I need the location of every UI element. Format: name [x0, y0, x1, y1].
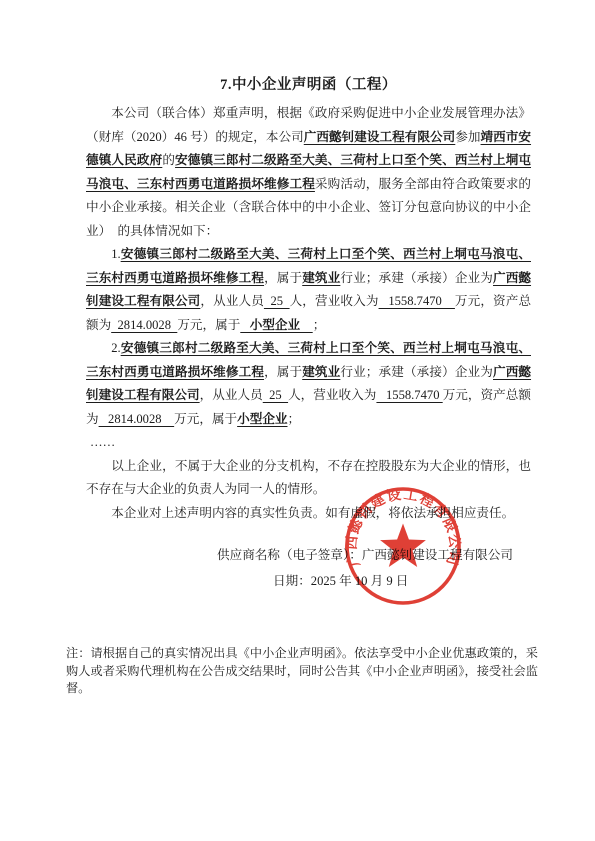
document-title: 7.中小企业声明函（工程）	[86, 77, 531, 93]
item-2-industry-field: 建筑业	[302, 365, 340, 379]
item-1-text-2: ，从业人员	[200, 294, 264, 308]
item-2-enterprise-type-field: 小型企业	[237, 412, 287, 426]
item-1-text-0: ，属于	[264, 271, 302, 285]
ellipsis-line: ……	[86, 431, 531, 455]
item-1-revenue-field: 1558.7470	[379, 294, 455, 308]
item-2-text-1: 行业；承建（承接）企业为	[340, 365, 493, 379]
declaration-document-page: 7.中小企业声明函（工程） 本公司（联合体）郑重声明，根据《政府采购促进中小企业…	[0, 0, 595, 841]
item-1-text-6: ；	[313, 318, 326, 332]
item-2-text-0: ，属于	[264, 365, 302, 379]
item-1-text-1: 行业；承建（承接）企业为	[340, 271, 493, 285]
company-name: 广西懿钊建设工程有限公司	[304, 130, 456, 144]
supplier-signature-label: 供应商名称（电子签章）：	[217, 548, 362, 562]
item-1-number: 1.	[111, 247, 120, 261]
intro-text-2: 的	[162, 153, 175, 167]
item-2-revenue-field: 1558.7470	[376, 388, 442, 402]
date-line: 日期：2025 年 10 月 9 日	[86, 568, 531, 594]
item-2-number: 2.	[111, 341, 120, 355]
item-1-assets-field: 2814.0028	[111, 318, 177, 332]
supplier-signature-company: 广西懿钊建设工程有限公司	[362, 548, 513, 562]
item-2-text-5: 万元，属于	[174, 412, 237, 426]
item-2-text-3: 人，营业收入为	[288, 388, 376, 402]
branch-statement-paragraph: 以上企业，不属于大企业的分支机构，不存在控股股东为大企业的情形，也不存在与大企业…	[86, 455, 531, 502]
item-1-employees-field: 25	[264, 294, 290, 308]
supplier-signature-line: 供应商名称（电子签章）：广西懿钊建设工程有限公司	[86, 542, 531, 568]
document-content: 7.中小企业声明函（工程） 本公司（联合体）郑重声明，根据《政府采购促进中小企业…	[86, 77, 531, 698]
note-paragraph: 注：请根据自己的真实情况出具《中小企业声明函》。依法享受中小企业优惠政策的，采购…	[66, 645, 538, 698]
item-1-text-5: 万元，属于	[177, 318, 240, 332]
item-2-assets-field: 2814.0028	[99, 412, 175, 426]
item-1-text-3: 人，营业收入为	[290, 294, 379, 308]
truth-statement-paragraph: 本企业对上述声明内容的真实性负责。如有虚假，将依法承担相应责任。	[86, 502, 531, 526]
item-2-employees-field: 25	[263, 388, 288, 402]
item-2-text-2: ，从业人员	[200, 388, 263, 402]
item-2-text-6: ；	[288, 412, 301, 426]
item-2-paragraph: 2.安德镇三郎村二级路至大美、三荷村上口至个笑、西兰村上垌屯马浪屯、三东村西勇屯…	[86, 337, 531, 431]
item-1-industry-field: 建筑业	[302, 271, 340, 285]
intro-paragraph: 本公司（联合体）郑重声明，根据《政府采购促进中小企业发展管理办法》（财库（202…	[86, 102, 531, 243]
item-1-enterprise-type-field: 小型企业	[240, 318, 312, 332]
item-1-paragraph: 1.安德镇三郎村二级路至大美、三荷村上口至个笑、西兰村上垌屯马浪屯、三东村西勇屯…	[86, 243, 531, 337]
intro-text-1: 参加	[455, 130, 480, 144]
